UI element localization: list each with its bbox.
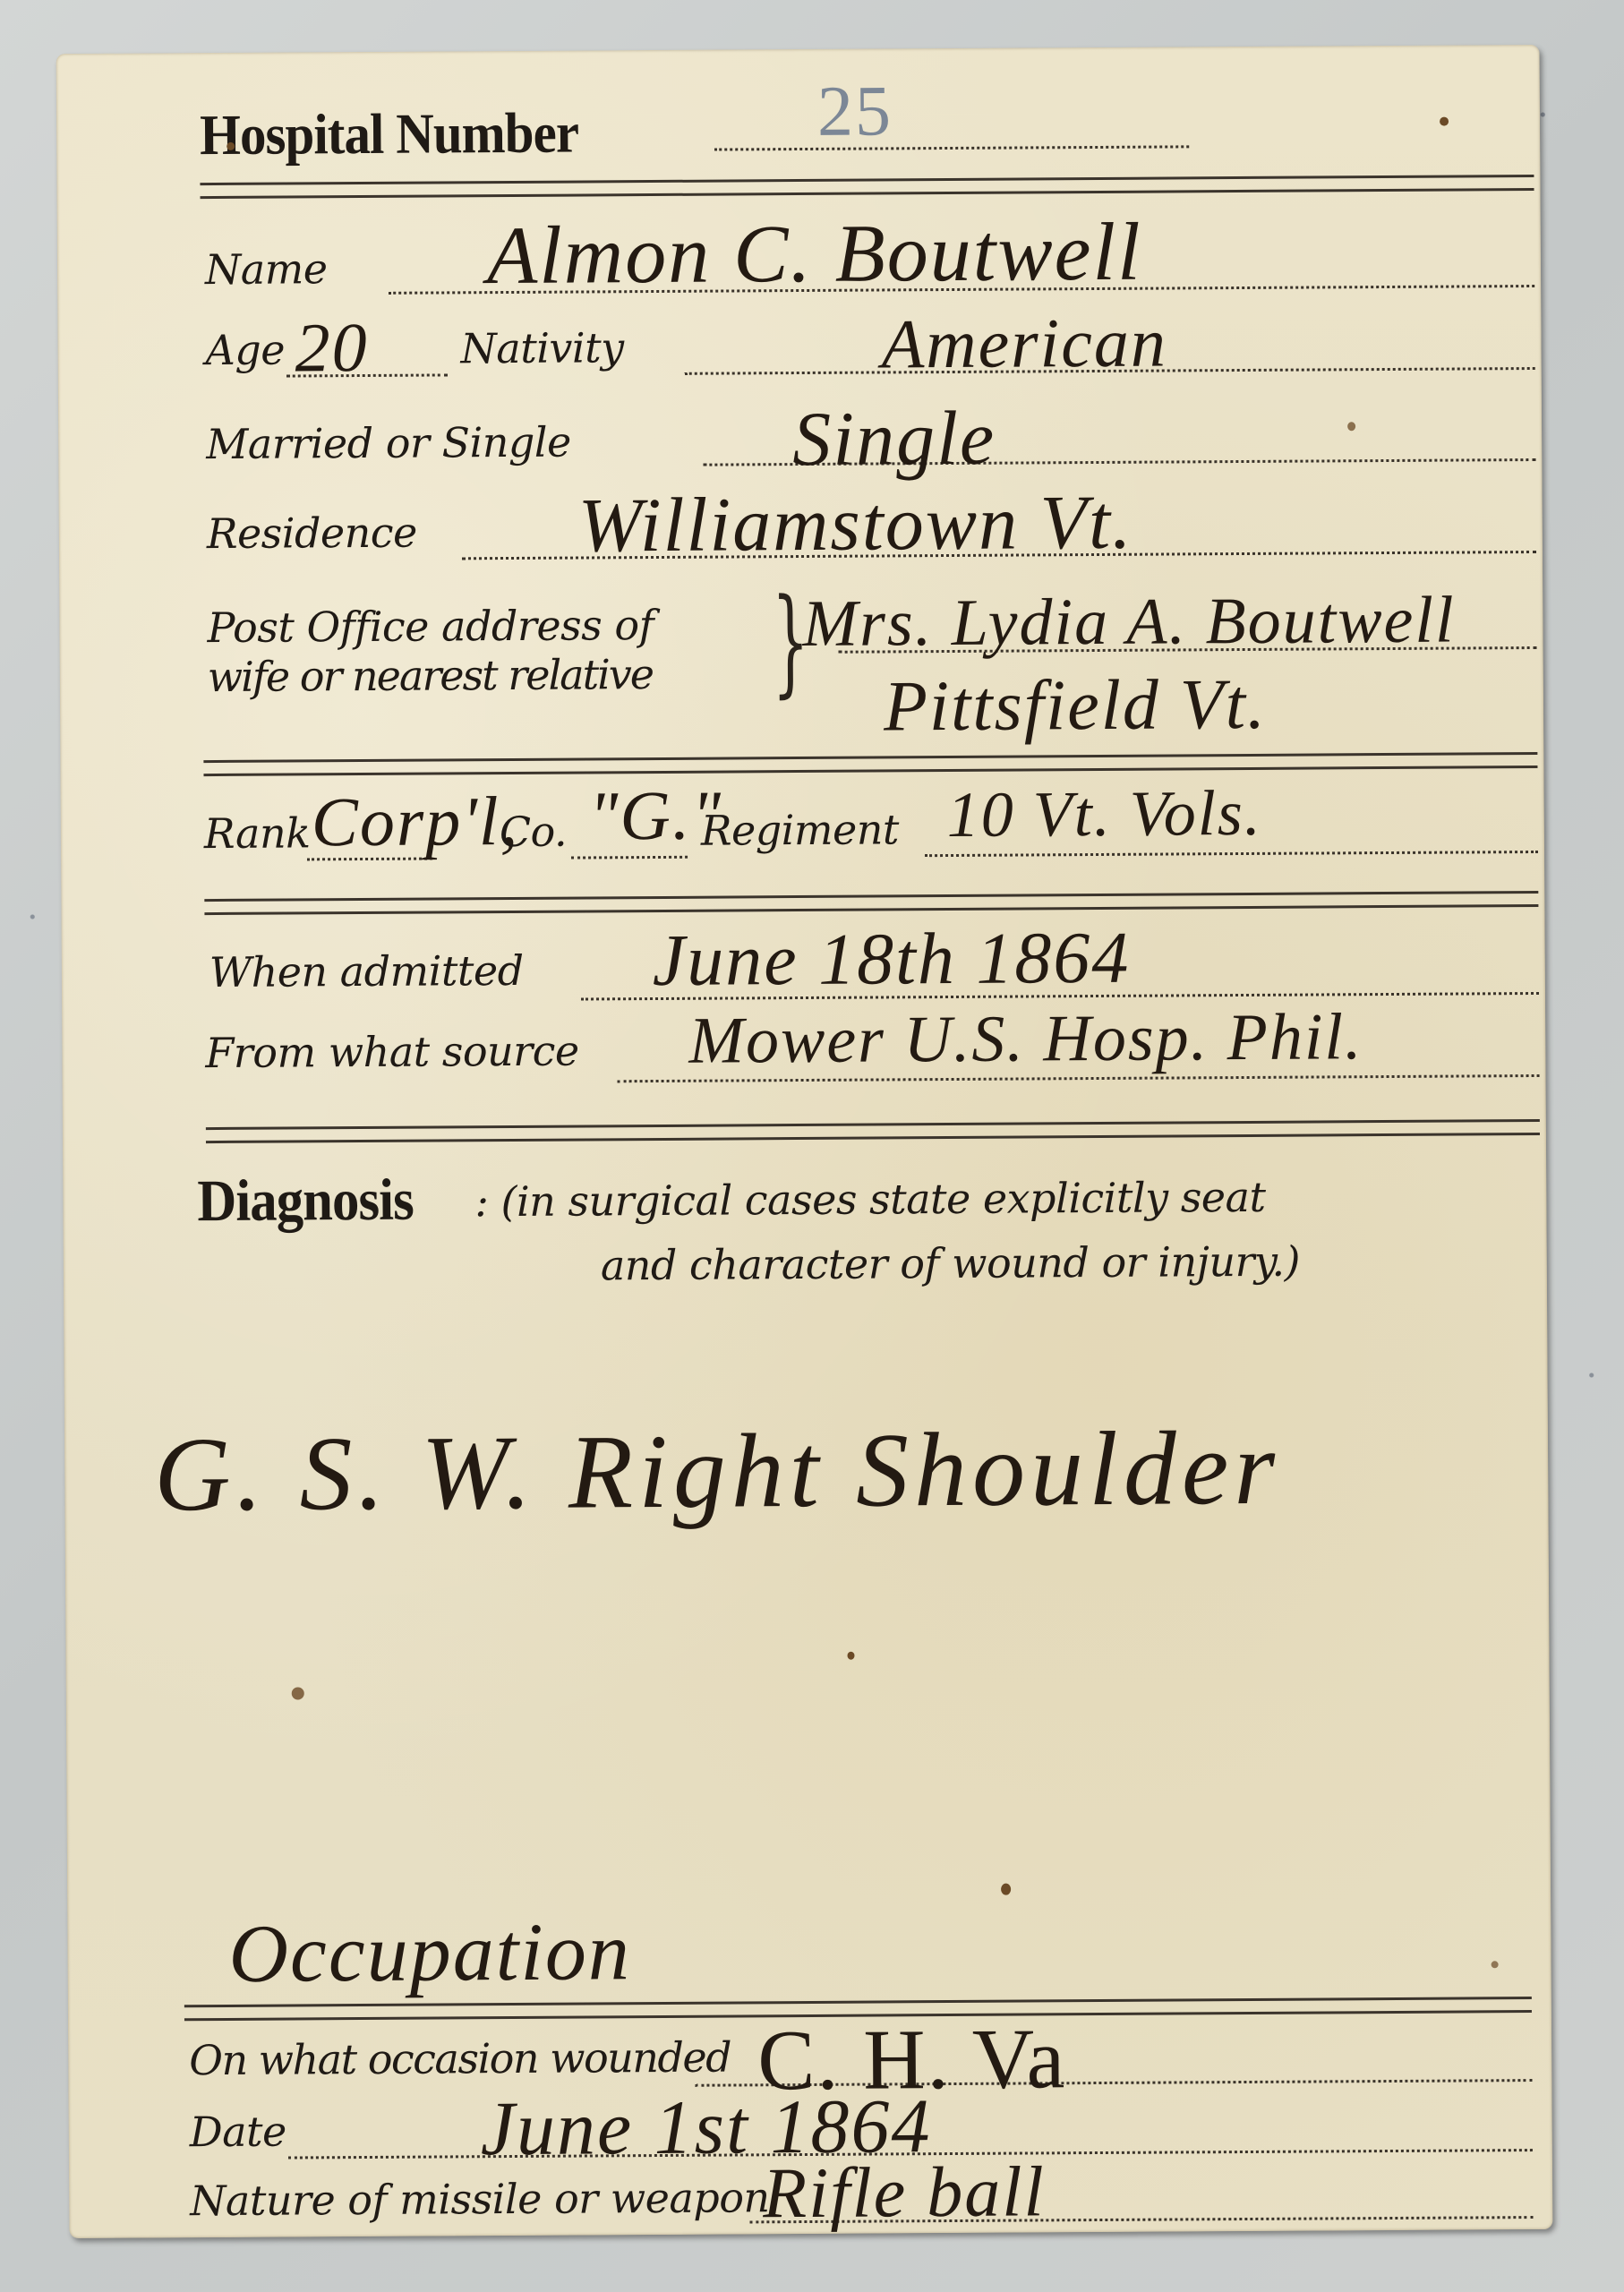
age-value: 20 xyxy=(295,307,369,388)
hospital-number-value: 25 xyxy=(817,71,893,153)
post-office-label-line2: wife or nearest relative xyxy=(208,650,654,701)
source-rule-bottom xyxy=(206,1133,1540,1143)
diagnosis-instruction-line2: and character of wound or injury.) xyxy=(601,1237,1300,1290)
nativity-value: American xyxy=(881,303,1167,385)
source-rule-top xyxy=(206,1119,1540,1130)
rank-rule-bottom xyxy=(204,904,1538,915)
marital-label: Married or Single xyxy=(206,418,571,468)
admitted-value: June 18th 1864 xyxy=(652,916,1130,1003)
stain-spot xyxy=(1440,117,1449,126)
regiment-value: 10 Vt. Vols. xyxy=(947,776,1263,852)
stain-spot xyxy=(1001,1884,1011,1895)
stain-spot xyxy=(227,142,235,150)
stain-spot xyxy=(847,1652,854,1660)
admitted-label: When admitted xyxy=(209,946,524,996)
residence-label: Residence xyxy=(207,509,417,558)
nativity-label: Nativity xyxy=(460,323,623,372)
occupation-label: Occupation xyxy=(228,1903,631,2001)
occasion-label: On what occasion wounded xyxy=(189,2033,731,2085)
post-office-value-line2: Pittsfield Vt. xyxy=(884,664,1268,748)
header-rule-top xyxy=(200,175,1534,185)
weapon-value: Rifle ball xyxy=(763,2151,1046,2235)
post-office-value-line1: Mrs. Lydia A. Boutwell xyxy=(802,583,1456,663)
source-label: From what source xyxy=(205,1027,579,1078)
age-label: Age xyxy=(205,326,285,375)
hospital-number-line xyxy=(714,145,1189,150)
source-value: Mower U.S. Hosp. Phil. xyxy=(688,999,1363,1080)
diagnosis-instruction-line1: : (in surgical cases state explicitly se… xyxy=(474,1173,1265,1226)
regiment-label: Regiment xyxy=(701,805,899,854)
residence-value: Williamstown Vt. xyxy=(577,477,1133,570)
hospital-number-label: Hospital Number xyxy=(200,100,578,169)
stain-spot xyxy=(1347,422,1355,431)
header-rule-bottom xyxy=(201,188,1534,199)
name-value: Almon C. Boutwell xyxy=(487,204,1142,303)
rank-label: Rank xyxy=(204,808,311,858)
name-label: Name xyxy=(205,244,328,294)
date-label: Date xyxy=(190,2108,286,2157)
hospital-card: Hospital Number 25 Name Almon C. Boutwel… xyxy=(56,45,1553,2238)
weapon-label: Nature of missile or weapon xyxy=(190,2173,770,2225)
post-office-label-line1: Post Office address of xyxy=(207,601,654,652)
company-label: Co. xyxy=(500,808,568,856)
rank-value: Corp'l, xyxy=(312,781,520,862)
rank-rule-top xyxy=(204,891,1538,902)
stain-spot xyxy=(1492,1961,1499,1968)
diagnosis-label: Diagnosis xyxy=(197,1167,414,1236)
post-office-rule-bottom xyxy=(203,765,1537,776)
stain-spot xyxy=(292,1687,304,1699)
post-office-rule-top xyxy=(203,752,1537,763)
marital-value: Single xyxy=(792,393,996,483)
diagnosis-value: G. S. W. Right Shoulder xyxy=(154,1407,1281,1536)
